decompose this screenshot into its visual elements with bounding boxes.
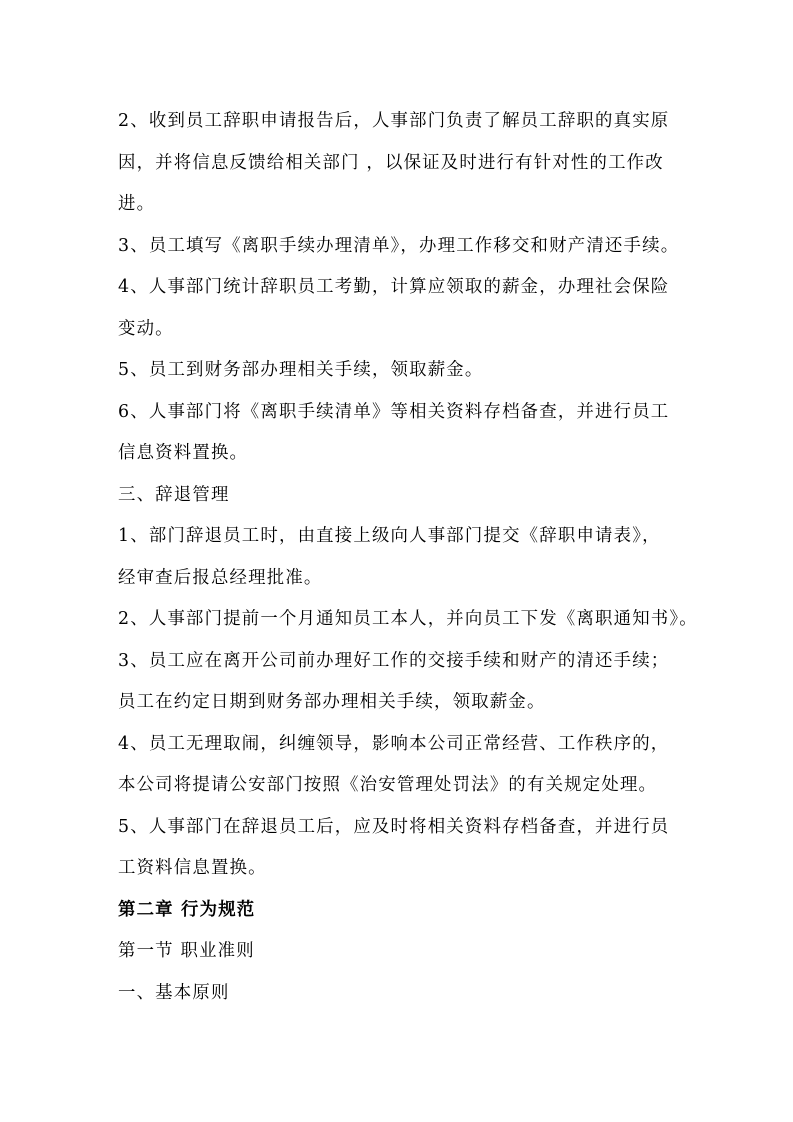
section-heading: 三、辞退管理 <box>118 475 678 517</box>
paragraph-line: 变动。 <box>118 309 678 351</box>
paragraph-line: 4、员工无理取闹，纠缠领导，影响本公司正常经营、工作秩序的， <box>118 724 678 766</box>
paragraph-line: 6、人事部门将《离职手续清单》等相关资料存档备查，并进行员工 <box>118 392 678 434</box>
paragraph-line: 因，并将信息反馈给相关部门 ，以保证及时进行有针对性的工作改 <box>118 143 678 185</box>
subsection-heading: 第一节 职业准则 <box>118 931 678 973</box>
paragraph-line: 1、部门辞退员工时，由直接上级向人事部门提交《辞职申请表》， <box>118 516 678 558</box>
paragraph-line: 本公司将提请公安部门按照《治安管理处罚法》的有关规定处理。 <box>118 765 678 807</box>
paragraph-line: 工资料信息置换。 <box>118 848 678 890</box>
paragraph-line: 信息资料置换。 <box>118 433 678 475</box>
paragraph-line: 经审查后报总经理批准。 <box>118 558 678 600</box>
chapter-heading: 第二章 行为规范 <box>118 890 678 932</box>
paragraph-line: 5、员工到财务部办理相关手续，领取薪金。 <box>118 350 678 392</box>
paragraph-line: 2、收到员工辞职申请报告后，人事部门负责了解员工辞职的真实原 <box>118 101 678 143</box>
document-page: 2、收到员工辞职申请报告后，人事部门负责了解员工辞职的真实原 因，并将信息反馈给… <box>118 101 678 1014</box>
paragraph-line: 3、员工填写《离职手续办理清单》，办理工作移交和财产清还手续。 <box>118 226 678 268</box>
paragraph-line: 5、人事部门在辞退员工后，应及时将相关资料存档备查，并进行员 <box>118 807 678 849</box>
paragraph-line: 员工在约定日期到财务部办理相关手续，领取薪金。 <box>118 682 678 724</box>
paragraph-line: 2、人事部门提前一个月通知员工本人，并向员工下发《离职通知书》。 <box>118 599 678 641</box>
paragraph-line: 进。 <box>118 184 678 226</box>
subsection-heading: 一、基本原则 <box>118 973 678 1015</box>
paragraph-line: 4、人事部门统计辞职员工考勤，计算应领取的薪金，办理社会保险 <box>118 267 678 309</box>
paragraph-line: 3、员工应在离开公司前办理好工作的交接手续和财产的清还手续； <box>118 641 678 683</box>
